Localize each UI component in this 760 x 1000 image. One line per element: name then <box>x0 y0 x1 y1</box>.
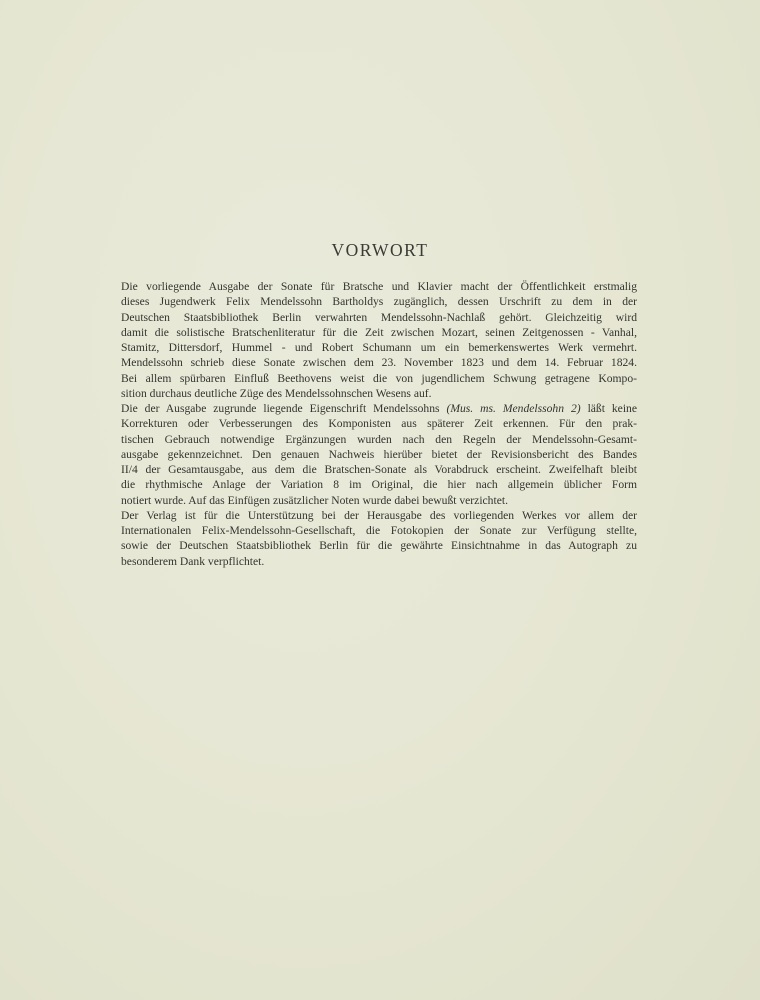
text-line: ausgabe gekennzeichnet. Den genauen Nach… <box>121 447 637 462</box>
text-run: Die der Ausgabe zugrunde liegende Eigens… <box>121 402 446 415</box>
paragraph-3: Der Verlag ist für die Unterstützung bei… <box>121 508 637 569</box>
text-line: sition durchaus deutliche Züge des Mende… <box>121 386 637 401</box>
text-line: Deutschen Staatsbibliothek Berlin verwah… <box>121 310 637 325</box>
text-line: Mendelssohn schrieb diese Sonate zwische… <box>121 355 637 370</box>
paragraph-2: Die der Ausgabe zugrunde liegende Eigens… <box>121 401 637 508</box>
text-line: II/4 der Gesamtausgabe, aus dem die Brat… <box>121 462 637 477</box>
text-line: Korrekturen oder Verbesserungen des Komp… <box>121 416 637 431</box>
text-line: Bei allem spürbaren Einfluß Beethovens w… <box>121 371 637 386</box>
text-line: besonderem Dank verpflichtet. <box>121 554 637 569</box>
page-title: VORWORT <box>0 240 760 261</box>
text-line: tischen Gebrauch notwendige Ergänzungen … <box>121 432 637 447</box>
text-line: die rhythmische Anlage der Variation 8 i… <box>121 477 637 492</box>
text-line: notiert wurde. Auf das Einfügen zusätzli… <box>121 493 637 508</box>
text-line: Die der Ausgabe zugrunde liegende Eigens… <box>121 401 637 416</box>
text-line: Der Verlag ist für die Unterstützung bei… <box>121 508 637 523</box>
text-run: läßt keine <box>581 402 637 415</box>
document-page: VORWORT Die vorliegende Ausgabe der Sona… <box>0 0 760 1000</box>
text-line: Internationalen Felix-Mendelssohn-Gesell… <box>121 523 637 538</box>
text-line: damit die solistische Bratschenliteratur… <box>121 325 637 340</box>
paragraph-1: Die vorliegende Ausgabe der Sonate für B… <box>121 279 637 401</box>
text-line: Die vorliegende Ausgabe der Sonate für B… <box>121 279 637 294</box>
text-line: dieses Jugendwerk Felix Mendelssohn Bart… <box>121 294 637 309</box>
text-line: Stamitz, Dittersdorf, Hummel - und Rober… <box>121 340 637 355</box>
text-line: sowie der Deutschen Staatsbibliothek Ber… <box>121 538 637 553</box>
preface-body: Die vorliegende Ausgabe der Sonate für B… <box>121 279 637 569</box>
manuscript-reference: (Mus. ms. Mendelssohn 2) <box>446 402 580 415</box>
